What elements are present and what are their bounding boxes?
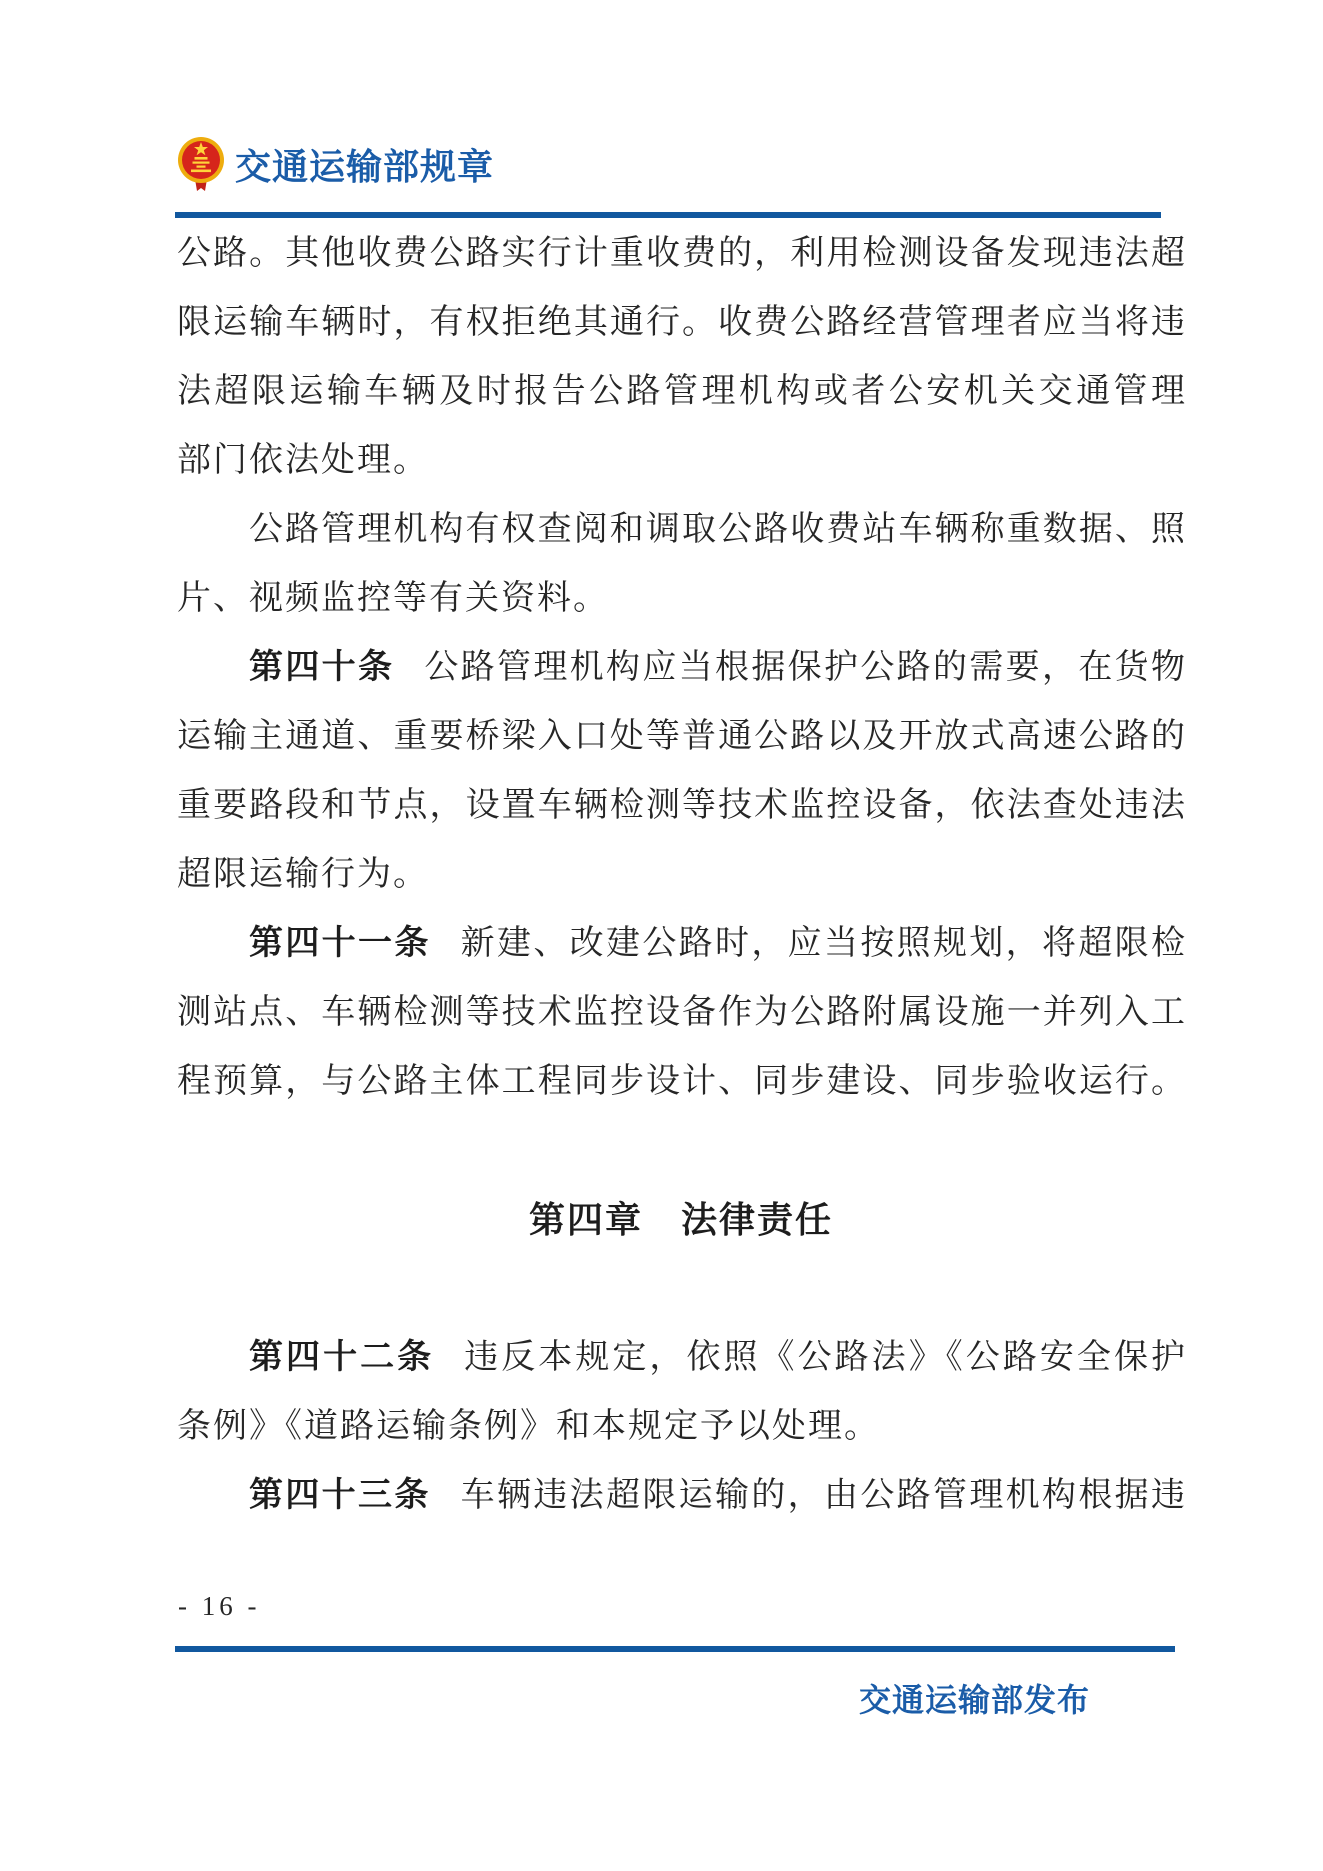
article-text: 车辆违法超限运输的，由公路管理机构根据违 bbox=[461, 1477, 1185, 1514]
body-line-article-43: 第四十三条车辆违法超限运输的，由公路管理机构根据违 bbox=[177, 1461, 1185, 1530]
page-title: 交通运输部规章 bbox=[235, 139, 494, 190]
article-number: 第四十二条 bbox=[249, 1338, 434, 1376]
body-line: 程预算，与公路主体工程同步设计、同步建设、同步验收运行。 bbox=[177, 1047, 1185, 1116]
article-text: 公路管理机构应当根据保护公路的需要，在货物 bbox=[424, 649, 1185, 686]
body-line: 部门依法处理。 bbox=[177, 426, 1185, 495]
article-text: 违反本规定，依照《公路法》《公路安全保护 bbox=[464, 1339, 1185, 1376]
body-line: 运输主通道、重要桥梁入口处等普通公路以及开放式高速公路的 bbox=[177, 702, 1185, 771]
footer-rule bbox=[175, 1646, 1175, 1652]
body-line: 法超限运输车辆及时报告公路管理机构或者公安机关交通管理 bbox=[177, 357, 1185, 426]
body-line: 超限运输行为。 bbox=[177, 840, 1185, 909]
page-number: - 16 - bbox=[178, 1586, 260, 1626]
blank-line bbox=[177, 1116, 1185, 1185]
article-number: 第四十一条 bbox=[249, 924, 431, 962]
body-line-article-42: 第四十二条违反本规定，依照《公路法》《公路安全保护 bbox=[177, 1323, 1185, 1392]
body-line-article-41: 第四十一条新建、改建公路时，应当按照规划，将超限检 bbox=[177, 909, 1185, 978]
body-line: 限运输车辆时，有权拒绝其通行。收费公路经营管理者应当将违 bbox=[177, 288, 1185, 357]
body-line: 条例》《道路运输条例》和本规定予以处理。 bbox=[177, 1392, 1185, 1461]
article-number: 第四十三条 bbox=[249, 1476, 431, 1514]
blank-line bbox=[177, 1254, 1185, 1323]
national-emblem-icon bbox=[176, 134, 226, 194]
body-line: 测站点、车辆检测等技术监控设备作为公路附属设施一并列入工 bbox=[177, 978, 1185, 1047]
body-line: 片、视频监控等有关资料。 bbox=[177, 564, 1185, 633]
body-line-article-40: 第四十条公路管理机构应当根据保护公路的需要，在货物 bbox=[177, 633, 1185, 702]
publisher-label: 交通运输部发布 bbox=[859, 1680, 1090, 1720]
regulation-document-page: 交通运输部规章 公路。其他收费公路实行计重收费的，利用检测设备发现违法超 限运输… bbox=[0, 0, 1323, 1871]
body-line: 公路。其他收费公路实行计重收费的，利用检测设备发现违法超 bbox=[177, 219, 1185, 288]
header-rule bbox=[175, 212, 1161, 218]
body-line: 重要路段和节点，设置车辆检测等技术监控设备，依法查处违法 bbox=[177, 771, 1185, 840]
body-text: 公路。其他收费公路实行计重收费的，利用检测设备发现违法超 限运输车辆时，有权拒绝… bbox=[177, 219, 1185, 1530]
article-text: 新建、改建公路时，应当按照规划，将超限检 bbox=[461, 925, 1185, 962]
body-line: 公路管理机构有权查阅和调取公路收费站车辆称重数据、照 bbox=[177, 495, 1185, 564]
document-header: 交通运输部规章 bbox=[176, 134, 494, 194]
article-number: 第四十条 bbox=[249, 648, 394, 686]
chapter-heading: 第四章 法律责任 bbox=[177, 1185, 1185, 1254]
